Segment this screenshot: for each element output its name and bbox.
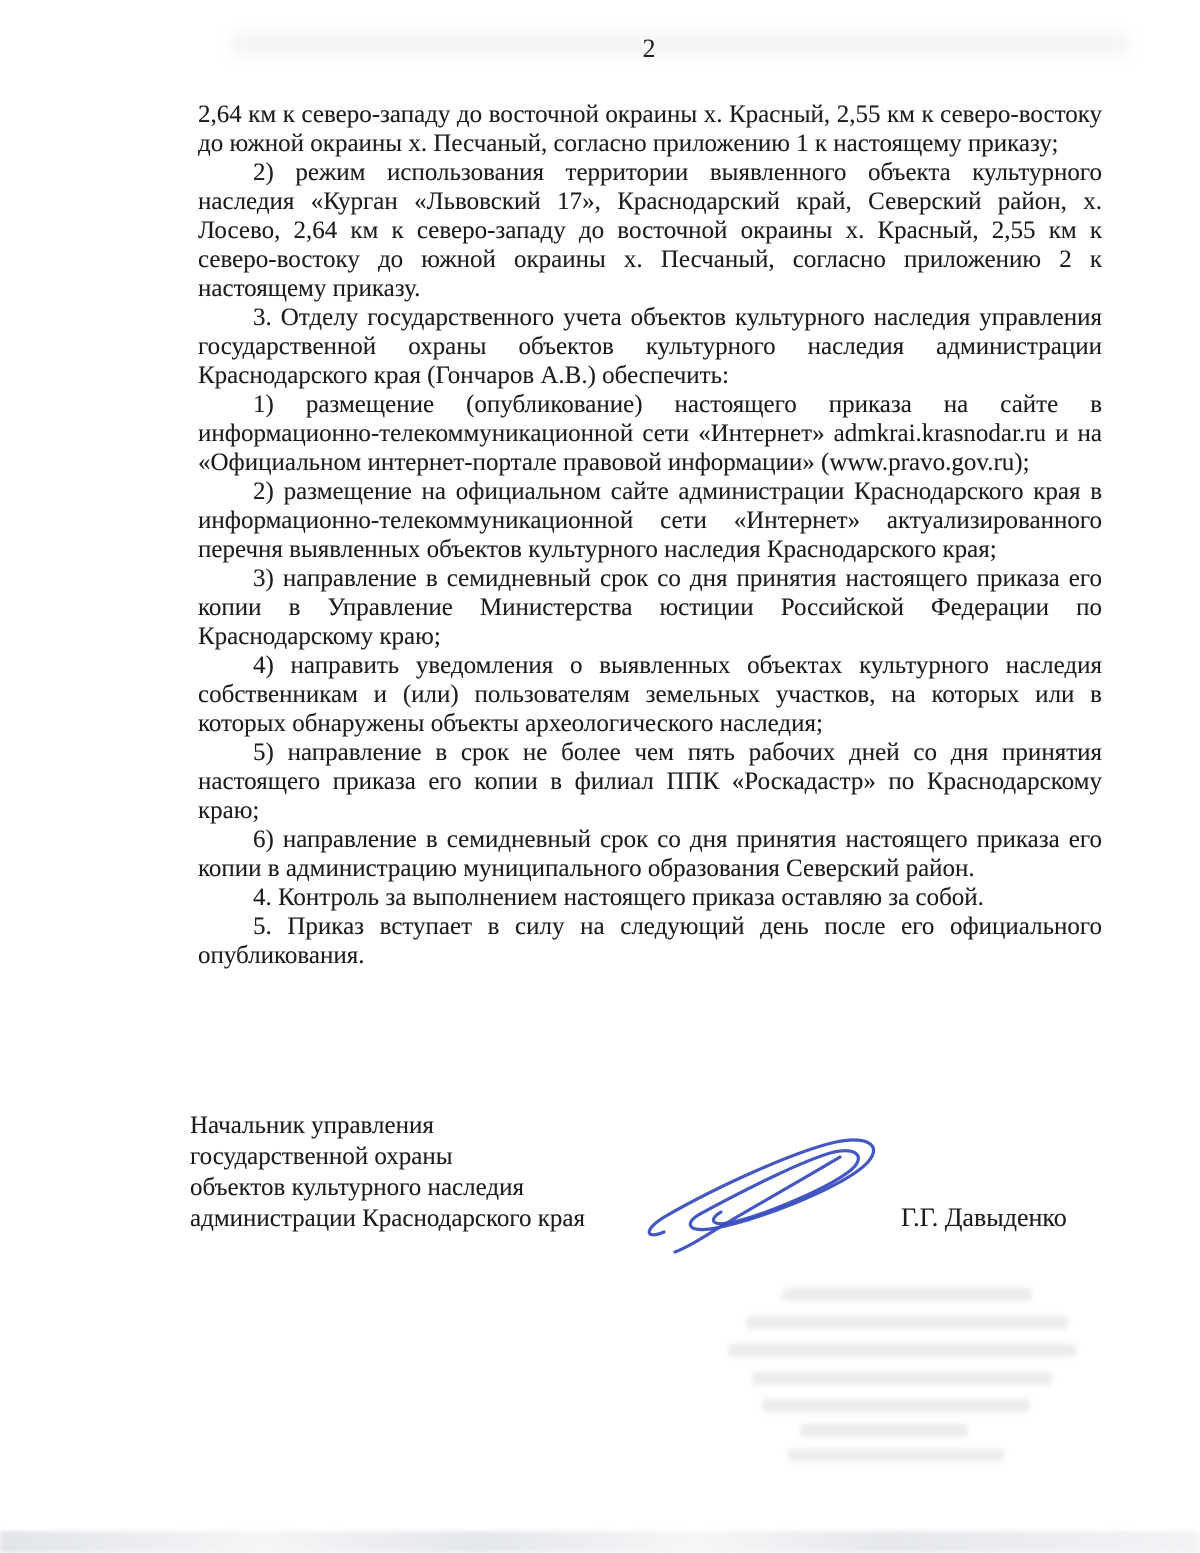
scan-noise-top — [230, 32, 1130, 56]
bleed-through-artifact — [762, 1399, 1030, 1412]
paragraph: 4. Контроль за выполнением настоящего пр… — [198, 883, 1102, 912]
bleed-through-artifact — [746, 1316, 1068, 1329]
paragraph: 3) направление в семидневный срок со дня… — [198, 564, 1102, 651]
paragraph: 6) направление в семидневный срок со дня… — [198, 825, 1102, 883]
paragraph: 4) направить уведомления о выявленных об… — [198, 651, 1102, 738]
signature-ink — [628, 1128, 912, 1274]
signatory-title: Начальник управления государственной охр… — [190, 1110, 585, 1234]
scanned-document-page: 2 2,64 км к северо-западу до восточной о… — [0, 0, 1200, 1553]
signatory-title-line: Начальник управления — [190, 1110, 585, 1141]
signatory-name: Г.Г. Давыденко — [901, 1203, 1067, 1233]
paragraph: 2,64 км к северо-западу до восточной окр… — [198, 100, 1102, 158]
paragraph: 5) направление в срок не более чем пять … — [198, 738, 1102, 825]
bleed-through-artifact — [788, 1449, 1004, 1462]
paragraph: 2) режим использования территории выявле… — [198, 158, 1102, 303]
page-number: 2 — [643, 36, 656, 62]
bleed-through-artifact — [752, 1372, 1052, 1385]
bleed-through-artifact — [728, 1344, 1076, 1357]
paragraph: 1) размещение (опубликование) настоящего… — [198, 390, 1102, 477]
signatory-title-line: государственной охраны — [190, 1141, 585, 1172]
signatory-title-line: администрации Краснодарского края — [190, 1203, 585, 1234]
scan-noise-bottom — [0, 1531, 1200, 1553]
paragraph: 5. Приказ вступает в силу на следующий д… — [198, 912, 1102, 970]
paragraph: 3. Отделу государственного учета объекто… — [198, 303, 1102, 390]
signatory-title-line: объектов культурного наследия — [190, 1172, 585, 1203]
paragraph: 2) размещение на официальном сайте админ… — [198, 477, 1102, 564]
bleed-through-artifact — [800, 1424, 968, 1437]
document-body: 2,64 км к северо-западу до восточной окр… — [198, 100, 1102, 970]
bleed-through-artifact — [782, 1288, 1032, 1301]
